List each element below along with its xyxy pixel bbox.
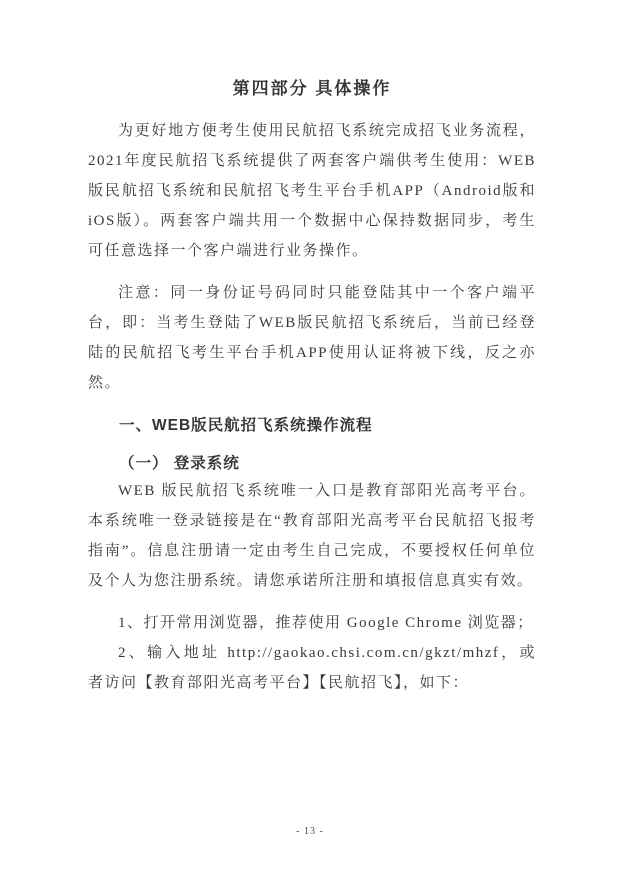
document-page: 第四部分 具体操作 为更好地方便考生使用民航招飞系统完成招飞业务流程，2021年… xyxy=(0,0,620,877)
subsection-heading: （一） 登录系统 xyxy=(88,452,536,476)
step-item-2: 2、输入地址 http://gaokao.chsi.com.cn/gkzt/mh… xyxy=(88,638,536,698)
document-body: 第四部分 具体操作 为更好地方便考生使用民航招飞系统完成招飞业务流程，2021年… xyxy=(88,76,536,698)
paragraph-notice: 注意：同一身份证号码同时只能登陆其中一个客户端平台，即：当考生登陆了WEB版民航… xyxy=(88,278,536,398)
section-heading: 一、WEB版民航招飞系统操作流程 xyxy=(88,414,536,438)
document-title: 第四部分 具体操作 xyxy=(88,76,536,102)
paragraph-intro: 为更好地方便考生使用民航招飞系统完成招飞业务流程，2021年度民航招飞系统提供了… xyxy=(88,116,536,266)
paragraph-login: WEB 版民航招飞系统唯一入口是教育部阳光高考平台。本系统唯一登录链接是在“教育… xyxy=(88,476,536,596)
step-item-1: 1、打开常用浏览器，推荐使用 Google Chrome 浏览器； xyxy=(88,608,536,638)
page-number: - 13 - xyxy=(0,826,620,837)
